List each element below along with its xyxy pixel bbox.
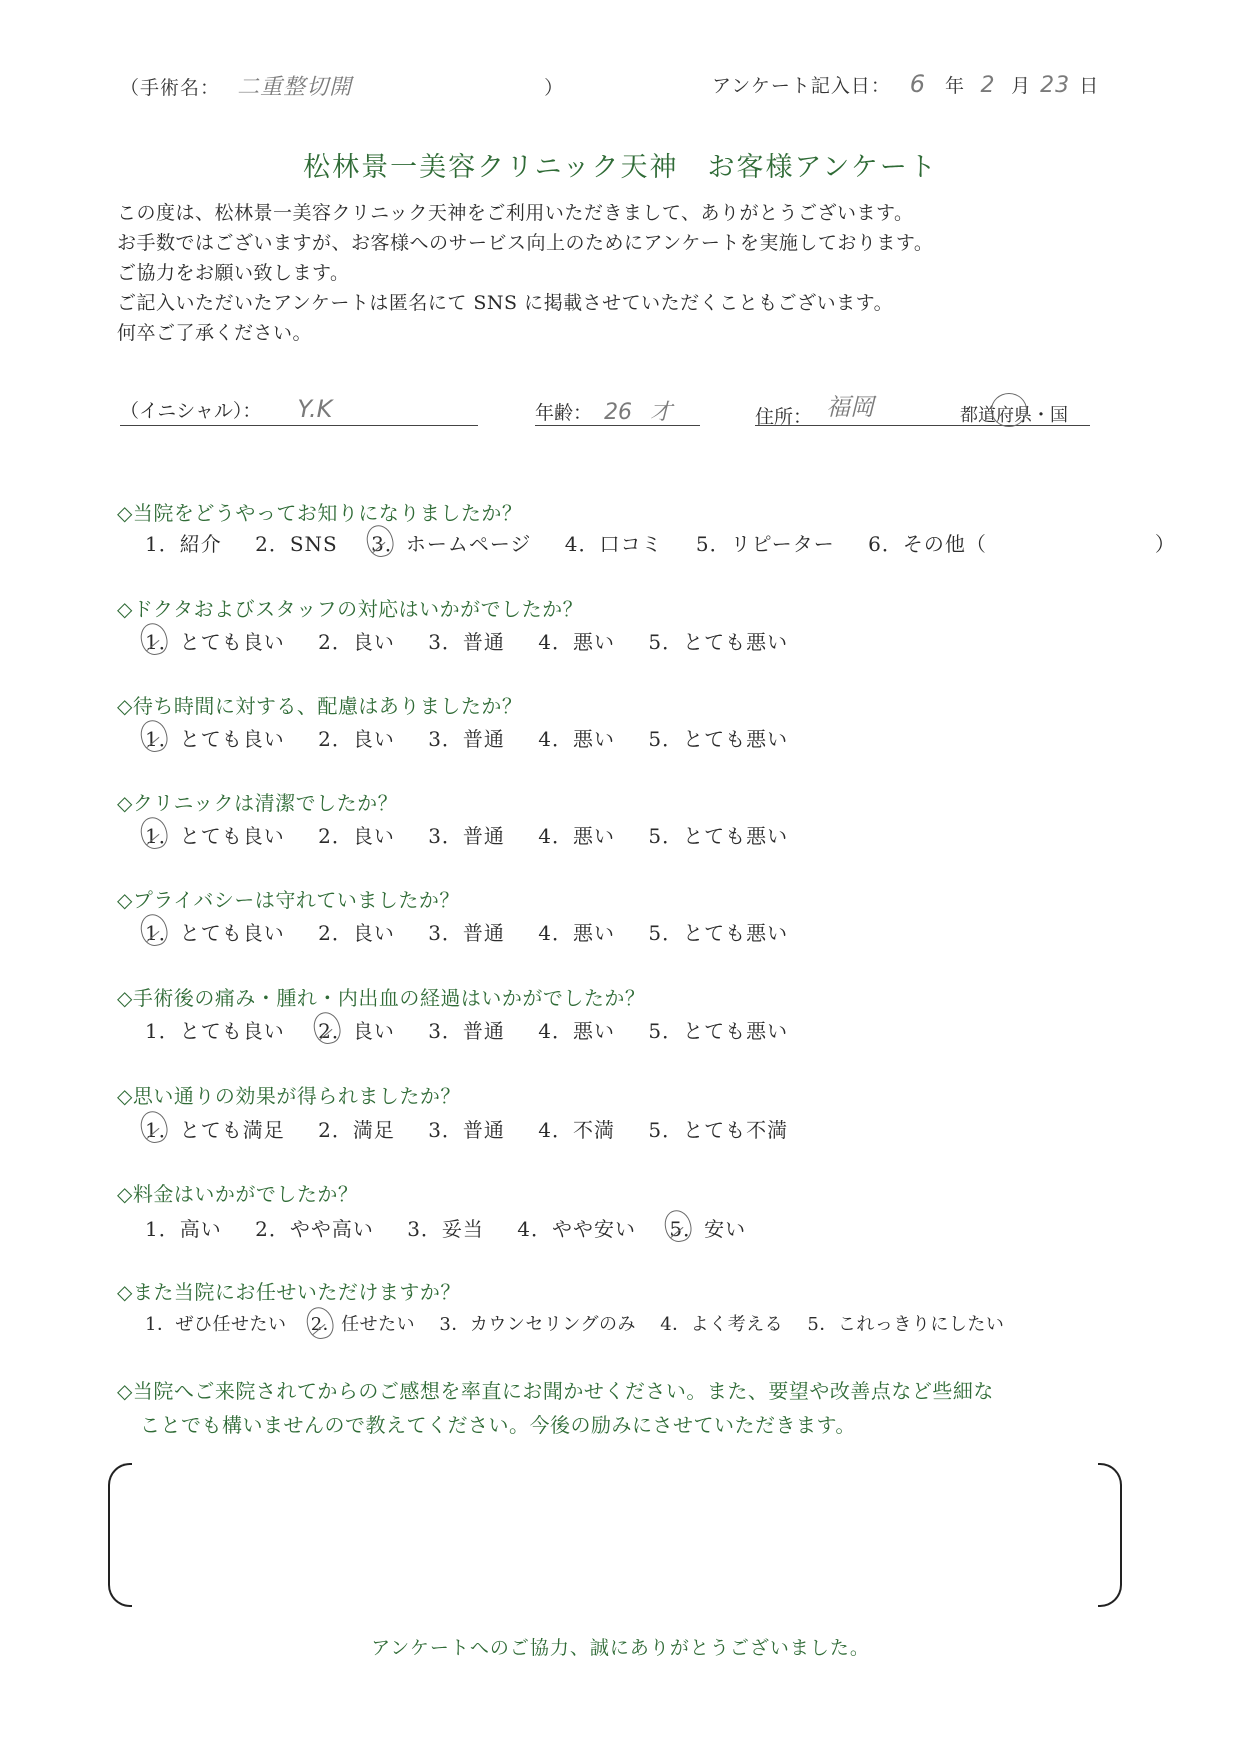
q5-option-3[interactable]: 3．普通 xyxy=(428,917,505,946)
age-unit: 才 xyxy=(650,400,672,425)
question-4-options: 1．とても良い 2．良い 3．普通 4．悪い 5．とても悪い xyxy=(145,820,814,849)
q9-option-2-selected[interactable]: 2．任せたい xyxy=(311,1310,415,1336)
feedback-title-line-1: ◇当院へご来院されてからのご感想を率直にお聞かせください。また、要望や改善点など… xyxy=(117,1375,994,1404)
q4-option-1-selected[interactable]: 1．とても良い xyxy=(145,820,285,849)
q7-option-3[interactable]: 3．普通 xyxy=(428,1114,505,1143)
q1-option-2[interactable]: 2．SNS xyxy=(255,528,338,557)
date-day-unit: 日 xyxy=(1079,75,1099,97)
q6-option-1[interactable]: 1．とても良い xyxy=(145,1015,285,1044)
q1-option-1[interactable]: 1．紹介 xyxy=(145,528,222,557)
q6-option-5[interactable]: 5．とても悪い xyxy=(648,1015,788,1044)
question-7-title: ◇思い通りの効果が得られましたか？ xyxy=(117,1080,461,1109)
q1-option-3-selected[interactable]: 3．ホームページ xyxy=(371,528,531,557)
q5-option-5[interactable]: 5．とても悪い xyxy=(648,917,788,946)
question-8-options: 1．高い 2．やや高い 3．妥当 4．やや安い 5．安い xyxy=(145,1213,772,1242)
feedback-box-right-bracket xyxy=(1098,1463,1122,1607)
intro-line: この度は、松林景一美容クリニック天神をご利用いただきまして、ありがとうございます… xyxy=(117,198,933,228)
q3-option-2[interactable]: 2．良い xyxy=(318,723,395,752)
q1-option-5[interactable]: 5．リピーター xyxy=(696,528,835,557)
q3-option-3[interactable]: 3．普通 xyxy=(428,723,505,752)
prefecture-circle-mark xyxy=(991,393,1027,427)
question-3-options: 1．とても良い 2．良い 3．普通 4．悪い 5．とても悪い xyxy=(145,723,814,752)
q7-option-2[interactable]: 2．満足 xyxy=(318,1114,395,1143)
q2-option-4[interactable]: 4．悪い xyxy=(538,626,615,655)
age-field: 年齢： 26 才 xyxy=(535,395,700,426)
question-2-options: 1．とても良い 2．良い 3．普通 4．悪い 5．とても悪い xyxy=(145,626,814,655)
question-1-options: 1．紹介 2．SNS 3．ホームページ 4．口コミ 5．リピーター 6．その他（… xyxy=(145,528,1202,557)
date-year-unit: 年 xyxy=(945,75,965,97)
q8-option-4[interactable]: 4．やや安い xyxy=(517,1213,636,1242)
q8-option-3[interactable]: 3．妥当 xyxy=(407,1213,484,1242)
q9-option-3[interactable]: 3．カウンセリングのみ xyxy=(439,1310,636,1336)
question-4-title: ◇クリニックは清潔でしたか？ xyxy=(117,787,398,816)
q9-option-5[interactable]: 5．これっきりにしたい xyxy=(807,1310,1004,1336)
intro-line: 何卒ご了承ください。 xyxy=(117,318,933,348)
question-9-title: ◇また当院にお任せいただけますか？ xyxy=(117,1276,461,1305)
q1-option-4[interactable]: 4．口コミ xyxy=(565,528,663,557)
initial-label: （イニシャル）： xyxy=(120,400,261,422)
q2-option-3[interactable]: 3．普通 xyxy=(428,626,505,655)
q8-option-1[interactable]: 1．高い xyxy=(145,1213,222,1242)
address-label: 住所： xyxy=(755,406,812,428)
q9-option-1[interactable]: 1．ぜひ任せたい xyxy=(145,1310,286,1336)
surgery-close-paren: ） xyxy=(544,77,564,99)
date-label: アンケート記入日： xyxy=(712,75,891,97)
q4-option-2[interactable]: 2．良い xyxy=(318,820,395,849)
q3-option-1-selected[interactable]: 1．とても良い xyxy=(145,723,285,752)
q7-option-1-selected[interactable]: 1．とても満足 xyxy=(145,1114,285,1143)
page-title: 松林景一美容クリニック天神 お客様アンケート xyxy=(0,145,1241,184)
q5-option-2[interactable]: 2．良い xyxy=(318,917,395,946)
q3-option-5[interactable]: 5．とても悪い xyxy=(648,723,788,752)
q5-option-4[interactable]: 4．悪い xyxy=(538,917,615,946)
question-1-title: ◇当院をどうやってお知りになりましたか？ xyxy=(117,497,522,526)
address-field: 住所： 福岡 都道府県・国 xyxy=(755,395,1090,426)
q9-option-4[interactable]: 4．よく考える xyxy=(660,1310,783,1336)
q2-option-1-selected[interactable]: 1．とても良い xyxy=(145,626,285,655)
q4-option-4[interactable]: 4．悪い xyxy=(538,820,615,849)
address-value[interactable]: 福岡 xyxy=(826,393,874,421)
q6-option-2-selected[interactable]: 2．良い xyxy=(318,1015,395,1044)
age-label: 年齢： xyxy=(535,402,592,424)
feedback-box-left-bracket xyxy=(108,1463,132,1607)
q6-option-3[interactable]: 3．普通 xyxy=(428,1015,505,1044)
surgery-name-field: （手術名： 二重整切開 ） xyxy=(120,70,564,101)
q8-option-5-selected[interactable]: 5．安い xyxy=(669,1213,746,1242)
date-month-unit: 月 xyxy=(1011,75,1031,97)
question-8-title: ◇料金はいかがでしたか？ xyxy=(117,1178,358,1207)
q3-option-4[interactable]: 4．悪い xyxy=(538,723,615,752)
q1-option-6[interactable]: 6．その他（ ） xyxy=(868,528,1176,557)
question-7-options: 1．とても満足 2．満足 3．普通 4．不満 5．とても不満 xyxy=(145,1114,814,1143)
intro-line: ご記入いただいたアンケートは匿名にて SNS に掲載させていただくこともございま… xyxy=(117,288,933,318)
intro-line: ご協力をお願い致します。 xyxy=(117,258,933,288)
question-2-title: ◇ドクタおよびスタッフの対応はいかがでしたか？ xyxy=(117,593,583,622)
date-year-value[interactable]: 6 xyxy=(898,70,938,98)
question-6-options: 1．とても良い 2．良い 3．普通 4．悪い 5．とても悪い xyxy=(145,1015,814,1044)
survey-date-field: アンケート記入日： 6 年 2 月 23 日 xyxy=(712,70,1099,98)
q7-option-5[interactable]: 5．とても不満 xyxy=(648,1114,788,1143)
q2-option-5[interactable]: 5．とても悪い xyxy=(648,626,788,655)
surgery-value[interactable]: 二重整切開 xyxy=(237,70,537,101)
question-5-options: 1．とても良い 2．良い 3．普通 4．悪い 5．とても悪い xyxy=(145,917,814,946)
question-3-title: ◇待ち時間に対する、配慮はありましたか？ xyxy=(117,690,522,719)
q8-option-2[interactable]: 2．やや高い xyxy=(255,1213,374,1242)
q2-option-2[interactable]: 2．良い xyxy=(318,626,395,655)
intro-line: お手数ではございますが、お客様へのサービス向上のためにアンケートを実施しておりま… xyxy=(117,228,933,258)
surgery-label: （手術名： xyxy=(120,77,220,99)
question-5-title: ◇プライバシーは守れていましたか？ xyxy=(117,884,460,913)
footer-thanks: アンケートへのご協力、誠にありがとうございました。 xyxy=(0,1633,1241,1660)
date-day-value[interactable]: 23 xyxy=(1038,73,1072,98)
q7-option-4[interactable]: 4．不満 xyxy=(538,1114,615,1143)
intro-text: この度は、松林景一美容クリニック天神をご利用いただきまして、ありがとうございます… xyxy=(117,198,933,348)
initial-field: （イニシャル）： Y.K xyxy=(120,395,478,426)
q6-option-4[interactable]: 4．悪い xyxy=(538,1015,615,1044)
date-month-value[interactable]: 2 xyxy=(972,73,1004,98)
age-value[interactable]: 26 xyxy=(604,400,632,425)
q5-option-1-selected[interactable]: 1．とても良い xyxy=(145,917,285,946)
question-9-options: 1．ぜひ任せたい 2．任せたい 3．カウンセリングのみ 4．よく考える 5．これ… xyxy=(145,1310,1022,1336)
question-6-title: ◇手術後の痛み・腫れ・内出血の経過はいかがでしたか？ xyxy=(117,982,645,1011)
q4-option-5[interactable]: 5．とても悪い xyxy=(648,820,788,849)
initial-value[interactable]: Y.K xyxy=(297,395,332,423)
q4-option-3[interactable]: 3．普通 xyxy=(428,820,505,849)
feedback-title-line-2: ことでも構いませんので教えてください。今後の励みにさせていただきます。 xyxy=(140,1409,856,1438)
feedback-response-area[interactable] xyxy=(140,1475,1090,1595)
